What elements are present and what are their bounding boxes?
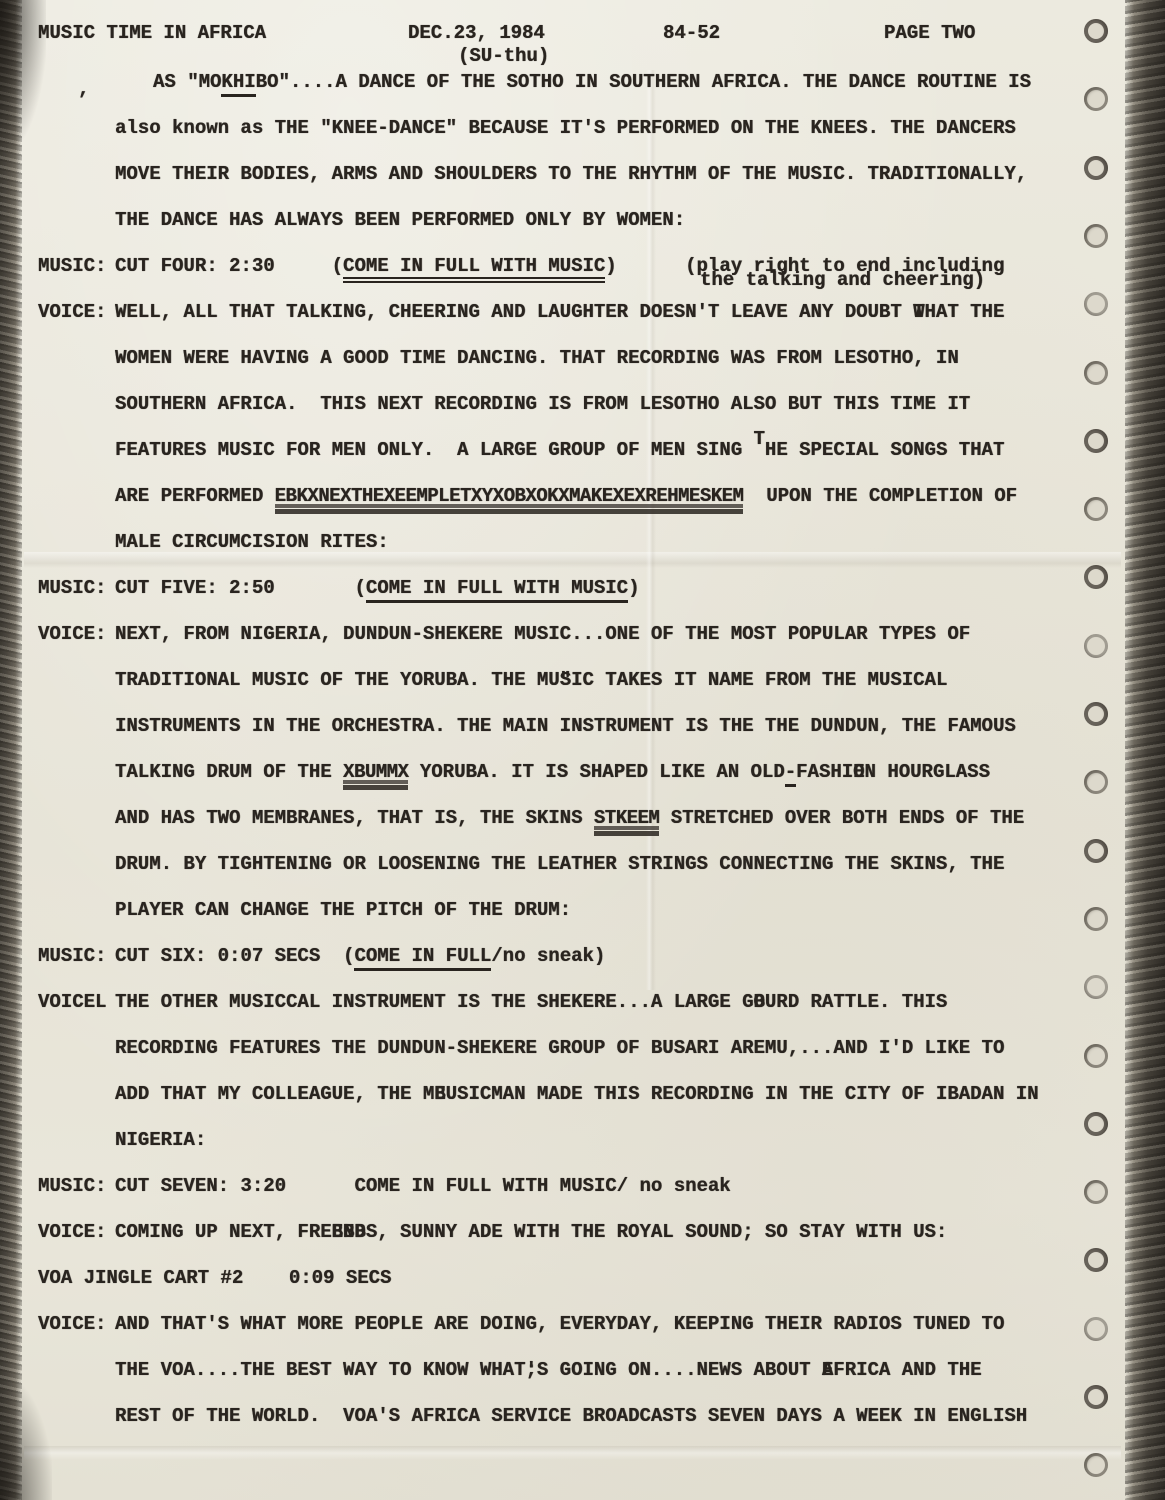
punch-hole [1084, 1248, 1108, 1272]
text-segment: KHI [221, 71, 255, 97]
text-segment: WT [913, 289, 924, 335]
cue-label: VOICE: [38, 289, 115, 335]
script-body: AS "MOKHIBO"....A DANCE OF THE SOTHO IN … [38, 59, 1050, 1439]
script-line: CUT SEVEN: 3:20 COME IN FULL WITH MUSIC/… [115, 1163, 1050, 1209]
punch-hole [1084, 702, 1108, 726]
script-block: VOA JINGLE CART #2 0:09 SECS [38, 1255, 1050, 1301]
scanned-script-page: MUSIC TIME IN AFRICA DEC.23, 1984 (SU-th… [0, 0, 1165, 1500]
text-segment: OE [853, 749, 864, 795]
punch-hole [1084, 1112, 1108, 1136]
script-line: TRADITIONAL MUSIC OF THE YORUBA. THE MUS… [115, 657, 1050, 703]
paper-crease-bottom [24, 1446, 1121, 1460]
cue-label: MUSIC: [38, 1163, 115, 1209]
script-line: the talking and cheering) [700, 269, 985, 291]
script-block: MUSIC:CUT FOUR: 2:30 (COME IN FULL WITH … [38, 243, 1050, 289]
script-line: VOA JINGLE CART #2 0:09 SECS [38, 1255, 1050, 1301]
punch-hole [1084, 156, 1108, 180]
script-block: VOICE:COMING UP NEXT, FREEBNBDBS, SUNNY … [38, 1209, 1050, 1255]
punch-hole [1084, 292, 1108, 316]
punch-hole [1084, 565, 1108, 589]
punch-hole [1084, 839, 1108, 863]
script-block: VOICE:AND THAT'S WHAT MORE PEOPLE ARE DO… [38, 1301, 1050, 1439]
cue-label: MUSIC: [38, 243, 115, 289]
punch-hole [1084, 429, 1108, 453]
script-line: NIGERIA: [115, 1117, 1050, 1163]
punch-hole [1084, 1044, 1108, 1068]
text-segment: OB [754, 979, 765, 1025]
film-corner-bottom-left [0, 1380, 52, 1500]
film-edge-left [0, 0, 22, 1500]
text-segment: EBKXNEXTHEXEEMPLETXYXOBXOKXMAKEXEXREHMES… [275, 485, 744, 507]
cue-label: VOICE: [38, 1301, 115, 1347]
script-block: MUSIC:CUT SIX: 0:07 SECS (COME IN FULL/n… [38, 933, 1050, 979]
script-line: THE VOA....THE BEST WAY TO KNOW WHAT;'S … [115, 1347, 1050, 1393]
script-line: SOUTHERN AFRICA. THIS NEXT RECORDING IS … [115, 381, 1050, 427]
punch-hole [1084, 497, 1108, 521]
punch-hole [1084, 907, 1108, 931]
text-segment: S" [560, 657, 571, 703]
script-line: MOVE THEIR BODIES, ARMS AND SHOULDERS TO… [115, 151, 1050, 197]
text-segment: COME IN FULL WITH MUSIC [366, 577, 628, 603]
script-line: AND THAT'S WHAT MORE PEOPLE ARE DOING, E… [115, 1301, 1050, 1347]
script-line: REST OF THE WORLD. VOA'S AFRICA SERVICE … [115, 1393, 1050, 1439]
cue-label: VOICE: [38, 1209, 115, 1255]
script-line: INSTRUMENTS IN THE ORCHESTRA. THE MAIN I… [115, 703, 1050, 749]
film-edge-right [1125, 0, 1165, 1500]
text-segment: EB [434, 1071, 445, 1117]
script-line: PLAYER CAN CHANGE THE PITCH OF THE DRUM: [115, 887, 1050, 933]
header-title: MUSIC TIME IN AFRICA [38, 22, 266, 44]
text-segment: EB [332, 1209, 343, 1255]
script-line: ARE PERFORMED EBKXNEXTHEXEEMPLETXYXOBXOK… [115, 473, 1050, 519]
text-segment: COME IN FULL WITH MUSIC [343, 255, 605, 283]
punch-hole [1084, 1317, 1108, 1341]
script-line: WELL, ALL THAT TALKING, CHEERING AND LAU… [115, 289, 1050, 335]
text-segment: XBUMMX [343, 761, 408, 783]
script-line: RECORDING FEATURES THE DUNDUN-SHEKERE GR… [115, 1025, 1050, 1071]
script-line: also known as THE "KNEE-DANCE" BECAUSE I… [115, 105, 1050, 151]
header-date: DEC.23, 1984 [408, 22, 545, 44]
punch-hole [1084, 1180, 1108, 1204]
punch-hole [1084, 634, 1108, 658]
script-line: TALKING DRUM OF THE XBUMMX YORUBA. IT IS… [115, 749, 1050, 795]
script-line: MALE CIRCUMCISION RITES: [115, 519, 1050, 565]
script-line: THE DANCE HAS ALWAYS BEEN PERFORMED ONLY… [115, 197, 1050, 243]
cue-label: MUSIC: [38, 565, 115, 611]
text-segment: AE [822, 1347, 833, 1393]
script-block: VOICELTHE OTHER MUSICCAL INSTRUMENT IS T… [38, 979, 1050, 1163]
punch-hole [1084, 1453, 1108, 1477]
text-segment: STKEEM [594, 807, 659, 829]
script-block: MUSIC:CUT FIVE: 2:50 (COME IN FULL WITH … [38, 565, 1050, 611]
cue-label [38, 59, 115, 105]
text-segment: - [785, 761, 796, 787]
text-segment: ;' [525, 1347, 536, 1393]
film-corner-top-left [0, 0, 46, 150]
script-line: DRUM. BY TIGHTENING OR LOOSENING THE LEA… [115, 841, 1050, 887]
script-line: AS "MOKHIBO"....A DANCE OF THE SOTHO IN … [115, 59, 1050, 105]
script-block: AS "MOKHIBO"....A DANCE OF THE SOTHO IN … [38, 59, 1050, 243]
text-segment: COME IN FULL [354, 945, 491, 971]
punch-hole [1084, 1385, 1108, 1409]
cue-label: VOICEL [38, 979, 115, 1025]
script-line: NEXT, FROM NIGERIA, DUNDUN-SHEKERE MUSIC… [115, 611, 1050, 657]
text-segment: DB [354, 1209, 365, 1255]
script-line: THE OTHER MUSICCAL INSTRUMENT IS THE SHE… [115, 979, 1050, 1025]
punch-hole [1084, 361, 1108, 385]
script-line: FEATURES MUSIC FOR MEN ONLY. A LARGE GRO… [115, 427, 1050, 473]
punch-hole [1084, 87, 1108, 111]
text-segment: NB [343, 1209, 354, 1255]
script-block: VOICE:NEXT, FROM NIGERIA, DUNDUN-SHEKERE… [38, 611, 1050, 933]
script-line: WOMEN WERE HAVING A GOOD TIME DANCING. T… [115, 335, 1050, 381]
header-page-label: PAGE TWO [884, 22, 975, 44]
script-line: AND HAS TWO MEMBRANES, THAT IS, THE SKIN… [115, 795, 1050, 841]
header-episode-number: 84-52 [663, 22, 720, 44]
punch-hole [1084, 19, 1108, 43]
text-segment: T [754, 428, 765, 450]
punch-hole [1084, 975, 1108, 999]
script-block: MUSIC:CUT SEVEN: 3:20 COME IN FULL WITH … [38, 1163, 1050, 1209]
script-line: ADD THAT MY COLLEAGUE, THE MEBUSICMAN MA… [115, 1071, 1050, 1117]
cue-label: MUSIC: [38, 933, 115, 979]
script-line: COMING UP NEXT, FREEBNBDBS, SUNNY ADE WI… [115, 1209, 1050, 1255]
script-line: CUT FIVE: 2:50 (COME IN FULL WITH MUSIC) [115, 565, 1050, 611]
script-block: VOICE:WELL, ALL THAT TALKING, CHEERING A… [38, 289, 1050, 565]
script-line: CUT SIX: 0:07 SECS (COME IN FULL/no snea… [115, 933, 1050, 979]
punch-hole [1084, 224, 1108, 248]
cue-label: VOICE: [38, 611, 115, 657]
punch-hole [1084, 770, 1108, 794]
